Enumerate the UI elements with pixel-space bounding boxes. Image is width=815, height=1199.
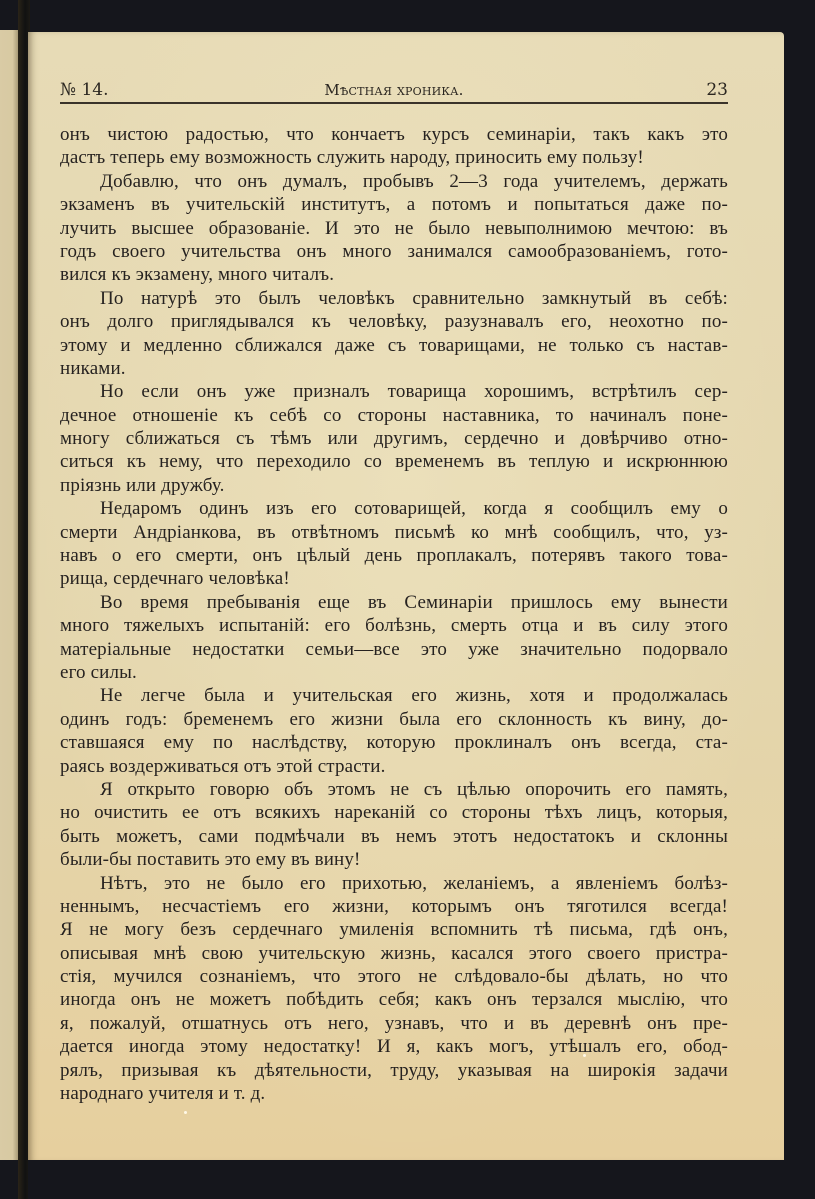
paragraph-first-line: Во время пребыванія еще въ Семинаріи при…: [60, 591, 728, 614]
text-line: этому и медленно сближался даже съ товар…: [60, 334, 728, 357]
paper-speck: [184, 1111, 187, 1114]
text-line: много тяжелыхъ испытаній: его болѣзнь, с…: [60, 614, 728, 637]
scan-bottom-border: [28, 1160, 815, 1199]
text-line: Я не могу безъ сердечнаго умиленія вспом…: [60, 918, 728, 941]
text-line: пріязнь или дружбу.: [60, 474, 728, 497]
text-line: многу сближаться съ тѣмъ или другимъ, се…: [60, 427, 728, 450]
text-line: быть можетъ, сами подмѣчали въ немъ этот…: [60, 825, 728, 848]
page-number: 23: [706, 80, 728, 100]
text-line: неннымъ, несчастіемъ его жизни, которымъ…: [60, 895, 728, 918]
text-line: онъ долго приглядывался къ человѣку, раз…: [60, 310, 728, 333]
text-line: одинъ годъ: бременемъ его жизни была его…: [60, 708, 728, 731]
text-line: навъ о его смерти, онъ цѣлый день пропла…: [60, 544, 728, 567]
scanned-page-image: № 14. Мѣстная хроника. 23 онъ чистою рад…: [0, 0, 815, 1199]
text-line: иногда онъ не можетъ побѣдить себя; какъ…: [60, 988, 728, 1011]
paper-speck: [583, 1054, 586, 1057]
section-title: Мѣстная хроника.: [60, 81, 728, 99]
text-line: экзаменъ въ учительскій институтъ, а пот…: [60, 193, 728, 216]
text-line: рялъ, призывая къ дѣятельности, труду, у…: [60, 1059, 728, 1082]
paragraph-first-line: Но если онъ уже призналъ товарища хороши…: [60, 380, 728, 403]
text-line: его силы.: [60, 661, 728, 684]
text-line: онъ чистою радостью, что кончаетъ курсъ …: [60, 123, 728, 146]
text-line: ситься къ нему, что переходило со времен…: [60, 450, 728, 473]
paragraph-first-line: Нѣтъ, это не было его прихотью, желаніем…: [60, 872, 728, 895]
text-line: стія, мучился сознаніемъ, что этого не с…: [60, 965, 728, 988]
text-line: лучить высшее образованіе. И это не было…: [60, 217, 728, 240]
text-line: никами.: [60, 357, 728, 380]
text-line: описывая мнѣ свою учительскую жизнь, кас…: [60, 942, 728, 965]
text-line: матеріальные недостатки семьи—все это уж…: [60, 638, 728, 661]
text-line: дастъ теперь ему возможность служить нар…: [60, 146, 728, 169]
text-line: вился къ экзамену, много читалъ.: [60, 263, 728, 286]
paragraph-first-line: По натурѣ это былъ человѣкъ сравнительно…: [60, 287, 728, 310]
text-line: народнаго учителя и т. д.: [60, 1082, 728, 1105]
text-line: я, пожалуй, отшатнусь отъ него, узнавъ, …: [60, 1012, 728, 1035]
text-line: ставшаяся ему по наслѣдству, которую про…: [60, 731, 728, 754]
text-line: рища, сердечнаго человѣка!: [60, 567, 728, 590]
header-rule: [60, 102, 728, 104]
paragraph-first-line: Добавлю, что онъ думалъ, пробывъ 2—3 год…: [60, 170, 728, 193]
text-line: смерти Андріанкова, въ отвѣтномъ письмѣ …: [60, 521, 728, 544]
running-header: № 14. Мѣстная хроника. 23: [60, 80, 728, 102]
text-line: дается иногда этому недостатку! И я, как…: [60, 1035, 728, 1058]
text-line: но очистить ее отъ всякихъ нареканій со …: [60, 801, 728, 824]
paragraph-first-line: Не легче была и учительская его жизнь, х…: [60, 684, 728, 707]
text-line: раясь воздерживаться отъ этой страсти.: [60, 755, 728, 778]
text-line: были-бы поставить это ему въ вину!: [60, 848, 728, 871]
text-line: дечное отношеніе къ себѣ со стороны наст…: [60, 404, 728, 427]
body-text: онъ чистою радостью, что кончаетъ курсъ …: [60, 123, 728, 1105]
paragraph-first-line: Я открыто говорю объ этомъ не съ цѣлью о…: [60, 778, 728, 801]
paragraph-first-line: Недаромъ одинъ изъ его сотоварищей, когд…: [60, 497, 728, 520]
text-line: годъ своего учительства онъ много занима…: [60, 240, 728, 263]
adjacent-page-edge: [0, 30, 18, 1160]
